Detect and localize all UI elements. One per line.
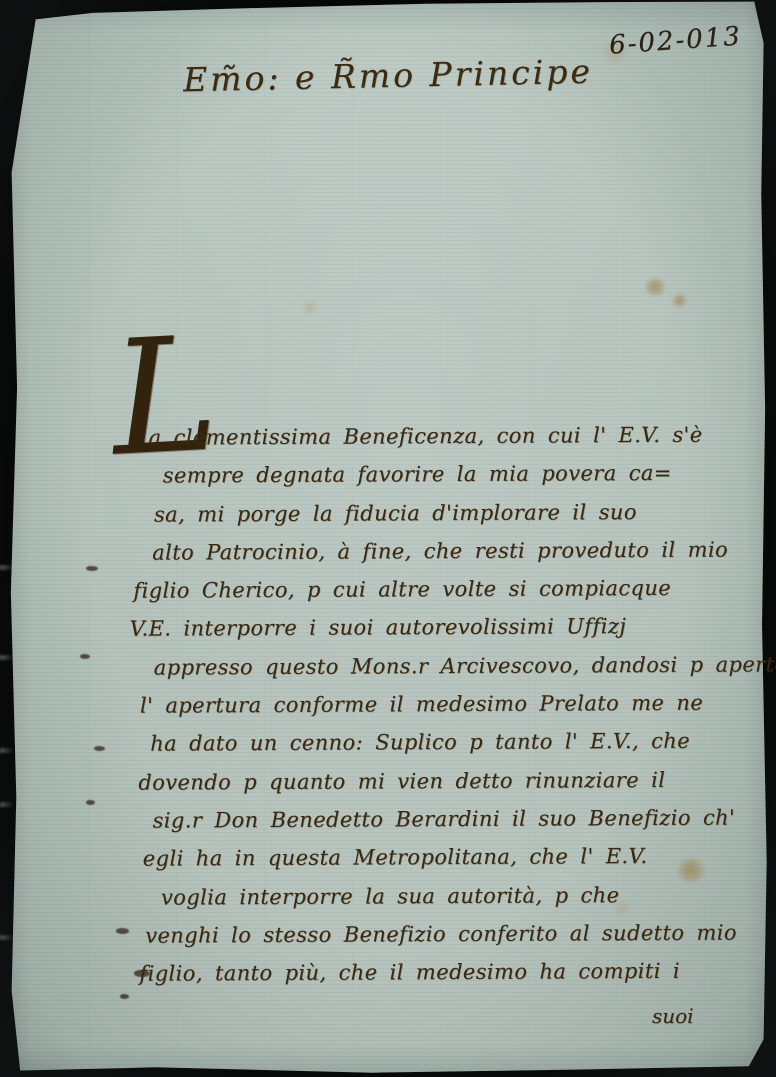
foxing-stain (644, 278, 666, 296)
ink-speck (120, 994, 129, 999)
manuscript-line: V.E. interporre i suoi autorevolissimi U… (130, 614, 766, 656)
ink-speck (86, 800, 95, 805)
scan-streak (0, 748, 14, 753)
manuscript-line: dovendo p quanto mi vien detto rinunziar… (138, 767, 766, 809)
manuscript-line: alto Patrocinio, à fine, che resti prove… (152, 537, 765, 579)
ink-speck (116, 928, 129, 934)
manuscript-line: sa, mi porge la fiducia d'implorare il s… (154, 499, 765, 540)
ink-speck (80, 654, 90, 659)
manuscript-line: a clementissima Beneficenza, con cui l' … (149, 422, 765, 464)
manuscript-line: appresso questo Mons.r Arcivescovo, dand… (154, 652, 766, 694)
manuscript-line: l' apertura conforme il medesimo Prelato… (140, 690, 766, 732)
manuscript-line: voglia interporre la sua autorità, p che (161, 882, 767, 923)
manuscript-photo: 6-02-013 Em̃o: e R̃mo Principe L a cleme… (0, 0, 776, 1077)
ink-speck (94, 746, 105, 751)
manuscript-line: venghi lo stesso Benefizio conferito al … (145, 920, 767, 962)
scan-streak (0, 935, 14, 940)
catchword: suoi (652, 1004, 694, 1028)
manuscript-body: a clementissima Beneficenza, con cui l' … (149, 422, 768, 1000)
manuscript-line: figlio, tanto più, che il medesimo ha co… (139, 959, 767, 1001)
foxing-stain (672, 294, 687, 307)
manuscript-line: figlio Cherico, p cui altre volte si com… (133, 576, 765, 618)
manuscript-line: sempre degnata favorire la mia povera ca… (163, 461, 765, 502)
ink-speck (86, 566, 98, 571)
manuscript-line: sig.r Don Benedetto Berardini il suo Ben… (153, 805, 767, 847)
manuscript-line: egli ha in questa Metropolitana, che l' … (143, 844, 767, 886)
scan-streak (0, 802, 14, 807)
foxing-stain (300, 300, 320, 314)
manuscript-line: ha dato un cenno: Suplico p tanto l' E.V… (150, 729, 766, 771)
scan-streak (0, 655, 14, 660)
